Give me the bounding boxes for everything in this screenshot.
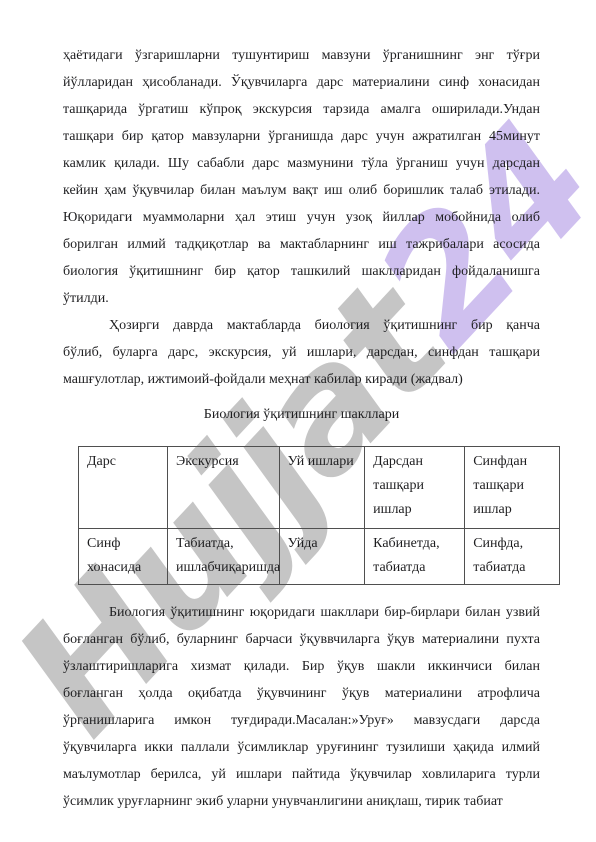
paragraph-2: Ҳозирги даврда мактабларда биология ўқит… bbox=[63, 312, 540, 393]
document-page: Hujjat24 ҳаётидаги ўзгаришларни тушунтир… bbox=[0, 0, 596, 842]
text-line: ташқари бир қатор мавзуларни ўрганишда д… bbox=[63, 123, 540, 150]
text-line: ўсимлик уруғларнинг экиб уларни унувчанл… bbox=[63, 788, 540, 815]
page-text-block: ҳаётидаги ўзгаришларни тушунтириш мавзун… bbox=[63, 42, 540, 815]
text-line: боғланган бўлиб, буларнинг барчаси ўқувв… bbox=[63, 626, 540, 653]
text-line: кейин ҳам ўқувчилар билан маълум вақт иш… bbox=[63, 177, 540, 204]
table-cell: Синфда, табиатда bbox=[465, 529, 560, 585]
text-line: ўтилди. bbox=[63, 285, 540, 312]
text-line: маълумотлар берилса, уй ишлари пайтида ў… bbox=[63, 761, 540, 788]
table-header-row: ДарсЭкскурсияУй ишлариДарсдан ташқари иш… bbox=[79, 447, 560, 529]
text-line: ўрганишларига имкон туғдиради.Масалан:»У… bbox=[63, 707, 540, 734]
text-line: машғулотлар, ижтимоий-фойдали меҳнат каб… bbox=[63, 366, 540, 393]
text-line: ўқувчиларга икки паллали ўсимликлар уруғ… bbox=[63, 734, 540, 761]
table-cell: Синфдан ташқари ишлар bbox=[465, 447, 560, 529]
table-cell: Кабинетда, табиатда bbox=[365, 529, 465, 585]
table-cell: Уй ишлари bbox=[279, 447, 365, 529]
table-cell: Табиатда, ишлабчиқаришда bbox=[167, 529, 279, 585]
table-body-row: Синф хонасидаТабиатда, ишлабчиқаришдаУйд… bbox=[79, 529, 560, 585]
text-line: ҳаётидаги ўзгаришларни тушунтириш мавзун… bbox=[63, 42, 540, 69]
table-cell: Дарс bbox=[79, 447, 168, 529]
text-line: Ҳозирги даврда мактабларда биология ўқит… bbox=[63, 312, 540, 339]
table-cell: Дарсдан ташқари ишлар bbox=[365, 447, 465, 529]
text-line: ташқарида ўргатиш кўпроқ экскурсия тарзи… bbox=[63, 96, 540, 123]
text-line: Юқоридаги муаммоларни ҳал этиш учун узоқ… bbox=[63, 204, 540, 231]
text-line: биология ўқитишнинг бир қатор ташкилий ш… bbox=[63, 258, 540, 285]
table-cell: Уйда bbox=[279, 529, 365, 585]
paragraph-3: Биология ўқитишнинг юқоридаги шакллари б… bbox=[63, 599, 540, 815]
paragraph-1: ҳаётидаги ўзгаришларни тушунтириш мавзун… bbox=[63, 42, 540, 312]
text-line: Биология ўқитишнинг юқоридаги шакллари б… bbox=[63, 599, 540, 626]
table-cell: Синф хонасида bbox=[79, 529, 168, 585]
table-title: Биология ўқитишнинг шакллари bbox=[63, 401, 540, 428]
text-line: боғланган ҳолда оқибатда ўқувчининг ўқув… bbox=[63, 680, 540, 707]
table-cell: Экскурсия bbox=[167, 447, 279, 529]
text-line: камлик қилади. Шу сабабли дарс мазмунини… bbox=[63, 150, 540, 177]
text-line: йўлларидан ҳисобланади. Ўқувчиларга дарс… bbox=[63, 69, 540, 96]
text-line: ўзлаштиришларига хизмат қилади. Бир ўқув… bbox=[63, 653, 540, 680]
text-line: бўлиб, буларга дарс, экскурсия, уй ишлар… bbox=[63, 339, 540, 366]
biology-teaching-forms-table: ДарсЭкскурсияУй ишлариДарсдан ташқари иш… bbox=[78, 446, 560, 585]
text-line: борилган илмий тадқиқотлар ва мактабларн… bbox=[63, 231, 540, 258]
